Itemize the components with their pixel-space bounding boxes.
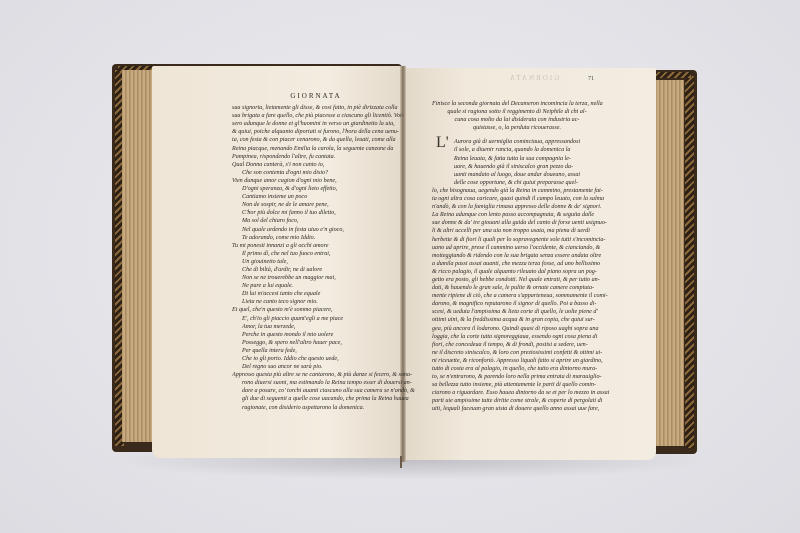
- verse-line: D'ogni speranza, & d'ogni lieto effetto,: [232, 185, 400, 193]
- text-line: motteggiando & ridendo con la sua brigat…: [432, 252, 602, 260]
- left-page-text: GIORNATA sua signoria, lietamente gli di…: [232, 92, 400, 412]
- verse-line: Il primo dì, che nel tuo fuoco entrai,: [232, 250, 400, 258]
- text-line: Appresso questa più altre se ne cantaron…: [232, 371, 400, 379]
- text-line: sua signoria, lietamente gli disse, & co…: [232, 104, 400, 112]
- text-line: fiori, che concedeua il tempo, & di fron…: [432, 341, 602, 349]
- closing-prose: Appresso questa più altre se ne cantaron…: [232, 371, 400, 411]
- text-line: loggia, che la corte tutta signoreggiaua…: [432, 333, 602, 341]
- verse-line: Per quella intera fede,: [232, 347, 400, 355]
- verse-line: Che io gli porto. Iddio che questo uede,: [232, 355, 400, 363]
- text-line: n'andò, & con la famiglia rimasa appress…: [432, 203, 602, 211]
- text-line: sa bellezza tutto insieme, più attentame…: [432, 381, 602, 389]
- text-line: gli due di seguenti a quelle cose uacand…: [232, 395, 400, 403]
- text-line: uano ad aprire, prese il cammino uerso l…: [432, 244, 602, 252]
- verse-line: Vien dunque amor cagion d'ogni mio bene,: [232, 177, 400, 185]
- text-line: & ricco palagio, il quale alquanto rileu…: [432, 268, 602, 276]
- right-page-text: Finisce la seconda giornata del Decamero…: [432, 100, 602, 414]
- text-line: to, se n'entrarono, & parendo loro nella…: [432, 373, 602, 381]
- text-line: uare, & hauendo già il siniscalco gran p…: [432, 163, 602, 171]
- text-line: & quiui, poiche alquanto diportati si fu…: [232, 128, 400, 136]
- verse-line: Te adorando, come mio Iddio.: [232, 234, 400, 242]
- text-line: ragionate, con disiderio aspettarono la …: [232, 404, 400, 412]
- text-line: herbette & di fiori li quali per lo sopr…: [432, 236, 602, 244]
- gilt-tooling-border: [651, 72, 691, 78]
- text-line: tutto di costa era al palagio, in quello…: [432, 365, 602, 373]
- ballata-verses: Qual Donna canterà, s'i non canto io, Ch…: [232, 161, 400, 371]
- text-line: ta, con festa & con piacer cenarono, & d…: [232, 136, 400, 144]
- verse-line: Cantiamo insieme un poco: [232, 193, 400, 201]
- text-line: lo, che bisognaua, uegendo già la Reina …: [432, 187, 602, 195]
- text-line: darono, & magnifico reputarono il signor…: [432, 300, 602, 308]
- text-line: dare a posare, co' torchi auanti ciascun…: [232, 387, 400, 395]
- text-line: li & altri uccelli per una uia non tropp…: [432, 227, 602, 235]
- verse-line: Tu mi ponesti innanzi a gli occhi amore: [232, 242, 400, 250]
- text-line: quale si ragiona sotto il reggimento di …: [432, 108, 602, 116]
- verse-line: Qual Donna canterà, s'i non canto io,: [232, 161, 400, 169]
- verse-line: E', ch'io gli piaccio quant'egli a me pi…: [232, 315, 400, 323]
- text-line: a dumila passi assai auanti, che mezza t…: [432, 260, 602, 268]
- text-line: parti uie ampissime tutte diritte come s…: [432, 397, 602, 405]
- text-line: sero adunque le donne et gl'huomini in v…: [232, 120, 400, 128]
- text-line: ta ogni altra cosa caricare, quasi quind…: [432, 195, 602, 203]
- text-line: mente ripiene di ciò, che a camera s'app…: [432, 292, 602, 300]
- text-line: La Reina adunque con lento passo accompa…: [432, 211, 602, 219]
- chapter-rubric: Finisce la seconda giornata del Decamero…: [432, 100, 602, 132]
- verse-line: Del regno suo ancor ne sarà pio.: [232, 363, 400, 371]
- text-line: Reina leuata, & fatta tutta la sua compa…: [432, 155, 602, 163]
- text-line: cuna cosa molto da lui disiderata con in…: [432, 116, 602, 124]
- text-line: dati, & hauendo le gran sale, le pulite …: [432, 284, 602, 292]
- text-line: ne il discreto siniscalco, & loro con pr…: [432, 349, 602, 357]
- text-line: sue donne & da' tre giouani alla guida d…: [432, 219, 602, 227]
- running-head: GIORNATA: [232, 92, 400, 100]
- verse-line: Che son contenta d'ogni mio disio?: [232, 169, 400, 177]
- text-line: delle cose opportune, & chi quiui prepar…: [432, 179, 602, 187]
- verse-line: Ma sol del chiaro foco,: [232, 217, 400, 225]
- gilt-tooling-border: [685, 76, 694, 448]
- right-page-block-edges: [652, 80, 684, 446]
- text-line: Pampinea, rispondendo l'altre, fu cantat…: [232, 153, 400, 161]
- body-block: lo, che bisognaua, uegendo già la Reina …: [432, 187, 602, 414]
- text-line: ni riceuette, & riconfortò. Appresso liq…: [432, 357, 602, 365]
- folio-number: 71: [588, 76, 594, 82]
- text-line: uiti, lequali faceuan gran uista di doue…: [432, 405, 602, 413]
- verse-line: Perche in questo mondo il mio uolere: [232, 331, 400, 339]
- verse-line: Non de sospir, ne de le amare pene,: [232, 201, 400, 209]
- text-line: il sole, a diuenir rancia, quando la dom…: [432, 146, 602, 154]
- text-line: sua brigata a fare quello, che più piace…: [232, 112, 400, 120]
- verse-line: Che di biltà, d'ardir, ne di ualore: [232, 266, 400, 274]
- text-line: scesi, & ueduta l'ampissima & lieta cort…: [432, 308, 602, 316]
- verse-line: C'hor più dolce mi fanno il tuo diletto,: [232, 209, 400, 217]
- text-line: quistasse, o, la perduta ricouerasse.: [432, 124, 602, 132]
- text-line: Aurora già di uermiglia cominciaua, appr…: [432, 138, 602, 146]
- verse-line: Nel quale ardendo in festa uiuo e'n gioc…: [232, 226, 400, 234]
- text-line: ottimi uini, & la freddissima acqua & in…: [432, 316, 602, 324]
- prose-block: sua signoria, lietamente gli disse, & co…: [232, 104, 400, 161]
- opening-block: Aurora già di uermiglia cominciaua, appr…: [432, 138, 602, 187]
- text-line: Reina piacque, menando Emilia la carola,…: [232, 145, 400, 153]
- text-line: gea, più ancora il lodarono. Quindi quas…: [432, 325, 602, 333]
- text-line: getto era posto, gli hebbe condotti. Nel…: [432, 276, 602, 284]
- text-line: ciarono a riguardare. Esso hauea dintorn…: [432, 389, 602, 397]
- verse-line: Non se ne trouerebbe un maggior mai,: [232, 274, 400, 282]
- verse-line: Amor, la tua merzede,: [232, 323, 400, 331]
- verse-line: Lieta ne canto teco signor mio.: [232, 298, 400, 306]
- showthrough-running-head: GIORNATA: [508, 74, 559, 82]
- verse-line: Et quel, che'n questo m'è sommo piacere,: [232, 306, 400, 314]
- verse-line: Un giouinetto tale,: [232, 258, 400, 266]
- verse-line: Di lui m'accesi tanto che equale: [232, 290, 400, 298]
- text-line: uanti mandato al luogo, doue andar douea…: [432, 171, 602, 179]
- verse-line: Posseggo, & spero nell'altro hauer pace,: [232, 339, 400, 347]
- text-line: rono diuersi suoni, ma estimando la Rein…: [232, 379, 400, 387]
- verse-line: Ne pure a lui equale.: [232, 282, 400, 290]
- bookmark-ribbon: [400, 456, 402, 468]
- text-line: Finisce la seconda giornata del Decamero…: [432, 100, 602, 108]
